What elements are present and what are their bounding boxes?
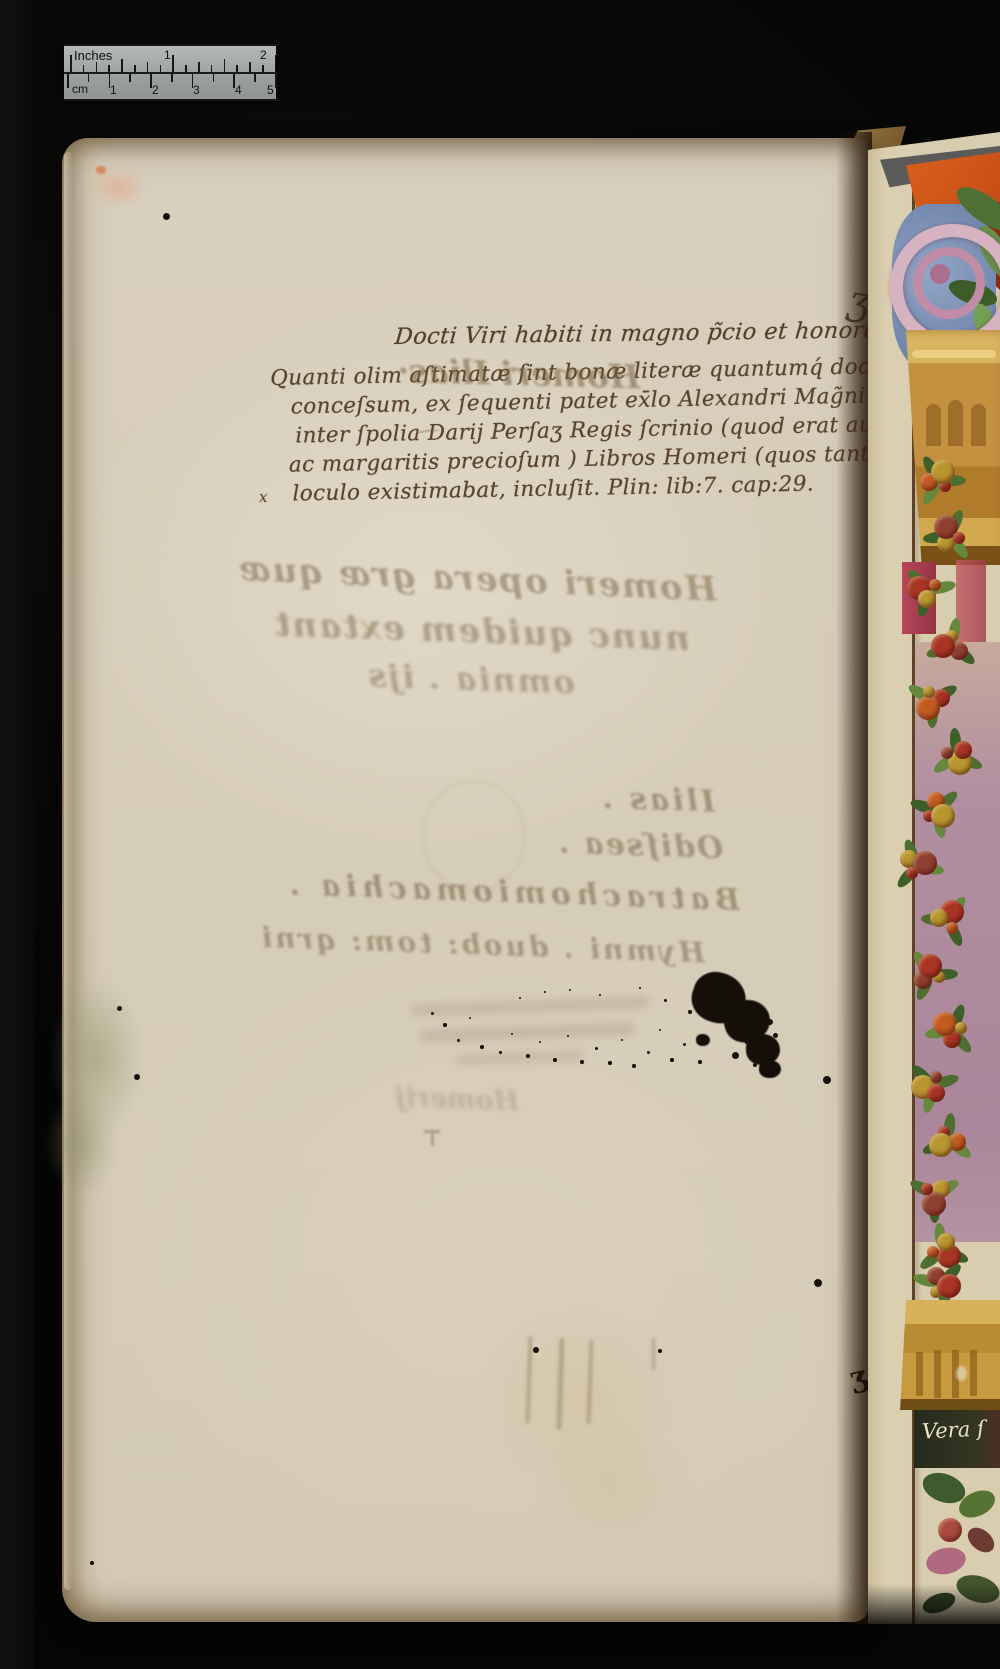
ruler-tick (224, 59, 226, 72)
ruler-tick (233, 73, 235, 88)
ink-speck (768, 1043, 772, 1047)
ink-speck (757, 1053, 767, 1063)
facing-bottom-shade (868, 1584, 1000, 1624)
motto-panel: Vera ſ (914, 1410, 1000, 1468)
ruler-tick (275, 55, 277, 72)
garland-fruit (955, 1022, 967, 1034)
showthrough-list-item: Hymni . duob: tom: qrni (235, 920, 706, 969)
ink-speck (117, 1006, 122, 1011)
garland-fruit (923, 686, 935, 698)
ink-speck (539, 1041, 542, 1044)
ink-speck (526, 1054, 530, 1058)
ruler-tick (236, 65, 238, 72)
ink-speck (683, 1043, 686, 1046)
ink-speck (688, 1010, 691, 1013)
crease-mark (652, 1338, 655, 1370)
ruler-tick (147, 62, 149, 72)
ink-speck (480, 1045, 484, 1049)
ruler-cm-number: 5 (267, 83, 274, 97)
showthrough-list-item: Odiſsea . (544, 825, 723, 866)
page-edge-highlight (64, 152, 73, 1590)
ink-speck (732, 1052, 739, 1059)
ruler-tick (83, 65, 85, 72)
facing-page-border: Vera ſ (868, 132, 1000, 1624)
showthrough-faint-word: Homerij (384, 1082, 520, 1118)
showthrough-illegible (420, 1022, 635, 1042)
marginal-mark: x (259, 488, 268, 506)
ruler-tick (96, 62, 98, 72)
ruler-cm-number: 2 (152, 83, 159, 97)
ink-speck (664, 999, 667, 1002)
garland-fruit (937, 1274, 961, 1298)
ruler-tick (109, 73, 111, 88)
garland-fruit (930, 909, 948, 927)
showthrough-illegible (454, 1050, 584, 1067)
showthrough-list-item: Ilias . (564, 779, 715, 819)
ruler-tick (275, 73, 277, 88)
ruler-inch-number: 2 (260, 48, 267, 62)
ink-speck (533, 1347, 539, 1353)
motto-text: Vera ſ (921, 1416, 985, 1443)
garland-fruit (941, 747, 953, 759)
ink-speck (90, 1561, 94, 1565)
ruler-tick (150, 73, 152, 88)
stain-yellow (532, 1418, 692, 1558)
garland-fruit (930, 1071, 942, 1083)
fruit-red (938, 1518, 962, 1542)
garland-fruit (931, 804, 955, 828)
ruler-tick (211, 65, 213, 72)
ink-speck (553, 1058, 556, 1061)
cloth-texture (0, 0, 34, 1669)
showthrough-list-item: Batrachomiomachia . (275, 867, 741, 918)
garland-fruit (946, 922, 958, 934)
ink-speck (595, 1047, 598, 1050)
ruler-tick (160, 65, 162, 72)
ink-speck (599, 994, 602, 997)
garland-fruit (922, 1192, 946, 1216)
garland-fruit (929, 1133, 953, 1157)
ruler-inch-number: 1 (164, 48, 171, 62)
ink-speck (608, 1061, 611, 1064)
ink-speck (744, 1036, 753, 1045)
ink-speck (814, 1279, 822, 1287)
ink-speck (134, 1074, 140, 1080)
ink-speck (670, 1058, 673, 1061)
ruler: Inches 1 2 cm 1 2 3 4 5 (64, 44, 276, 101)
ruler-tick (254, 73, 256, 82)
column-base (898, 1300, 1000, 1410)
ink-speck (499, 1051, 502, 1054)
photo-background: Inches 1 2 cm 1 2 3 4 5 Docti Viri habit… (0, 0, 1000, 1669)
ink-speck (544, 991, 546, 993)
ruler-tick (192, 73, 194, 88)
garland-fruit (953, 532, 965, 544)
ink-speck (469, 1017, 472, 1020)
ink-speck (621, 1039, 624, 1042)
ink-speck (767, 1019, 773, 1025)
stain-orange-speck (96, 166, 106, 174)
ruler-tick (262, 65, 264, 72)
showthrough-line: omnia . ijs (384, 657, 575, 702)
garland-fruit (927, 1246, 939, 1258)
showthrough-title: Homeri Ilias· (385, 351, 641, 397)
ruler-tick (121, 59, 123, 72)
garland-fruit (906, 867, 918, 879)
ruler-tick (108, 65, 110, 72)
ink-speck (698, 1060, 702, 1064)
ink-speck (639, 987, 642, 990)
ruler-inches-label: Inches (74, 48, 112, 63)
showthrough-illegible (410, 996, 650, 1017)
ink-speck (580, 1060, 584, 1064)
garland-fruit (931, 460, 955, 484)
garland-fruit (918, 590, 936, 608)
ruler-cm-number: 4 (235, 83, 242, 97)
garland-fruit (916, 696, 940, 720)
ruler-cm-label: cm (72, 82, 88, 96)
ink-speck (753, 1006, 761, 1014)
heading-line: Docti Viri habiti in magno p̃cio et hono… (394, 317, 879, 350)
garland-fruit (929, 579, 941, 591)
ruler-tick (172, 55, 174, 72)
ink-speck (773, 1033, 778, 1038)
ruler-tick (213, 73, 215, 82)
showthrough-line: Homeri opera græ quæ (271, 550, 717, 609)
ink-speck (443, 1023, 446, 1026)
ruler-tick (129, 73, 131, 82)
ink-speck (431, 1012, 434, 1015)
manuscript-page: Docti Viri habiti in magno p̃cio et hono… (62, 138, 868, 1622)
ruler-tick (171, 73, 173, 82)
gutter-shadow (836, 132, 872, 1624)
showthrough-line: nunc quidem extant (294, 605, 690, 659)
ink-blot (696, 1034, 710, 1046)
ruler-tick (249, 62, 251, 72)
ruler-tick (198, 62, 200, 72)
ruler-tick (185, 65, 187, 72)
ink-speck (658, 1349, 662, 1353)
showthrough-t-mark (424, 1130, 440, 1147)
ink-speck (659, 1029, 662, 1032)
manuscript-line: loculo existimabat, incluſit. Plin: lib:… (292, 472, 814, 507)
ruler-cm-number: 3 (193, 83, 200, 97)
ink-speck (569, 989, 571, 991)
ink-speck (163, 213, 170, 220)
ink-speck (647, 1051, 650, 1054)
ruler-tick (134, 65, 136, 72)
garland-fruit (927, 1084, 945, 1102)
ruler-tick (88, 73, 90, 82)
ruler-tick (70, 55, 72, 72)
ink-speck (632, 1064, 636, 1068)
ruler-cm-number: 1 (110, 83, 117, 97)
ink-speck (753, 1063, 757, 1067)
ink-speck (823, 1076, 831, 1084)
stain-green (46, 1088, 116, 1198)
ruler-tick (67, 73, 69, 88)
ink-speck (519, 997, 522, 1000)
ink-speck (457, 1039, 460, 1042)
